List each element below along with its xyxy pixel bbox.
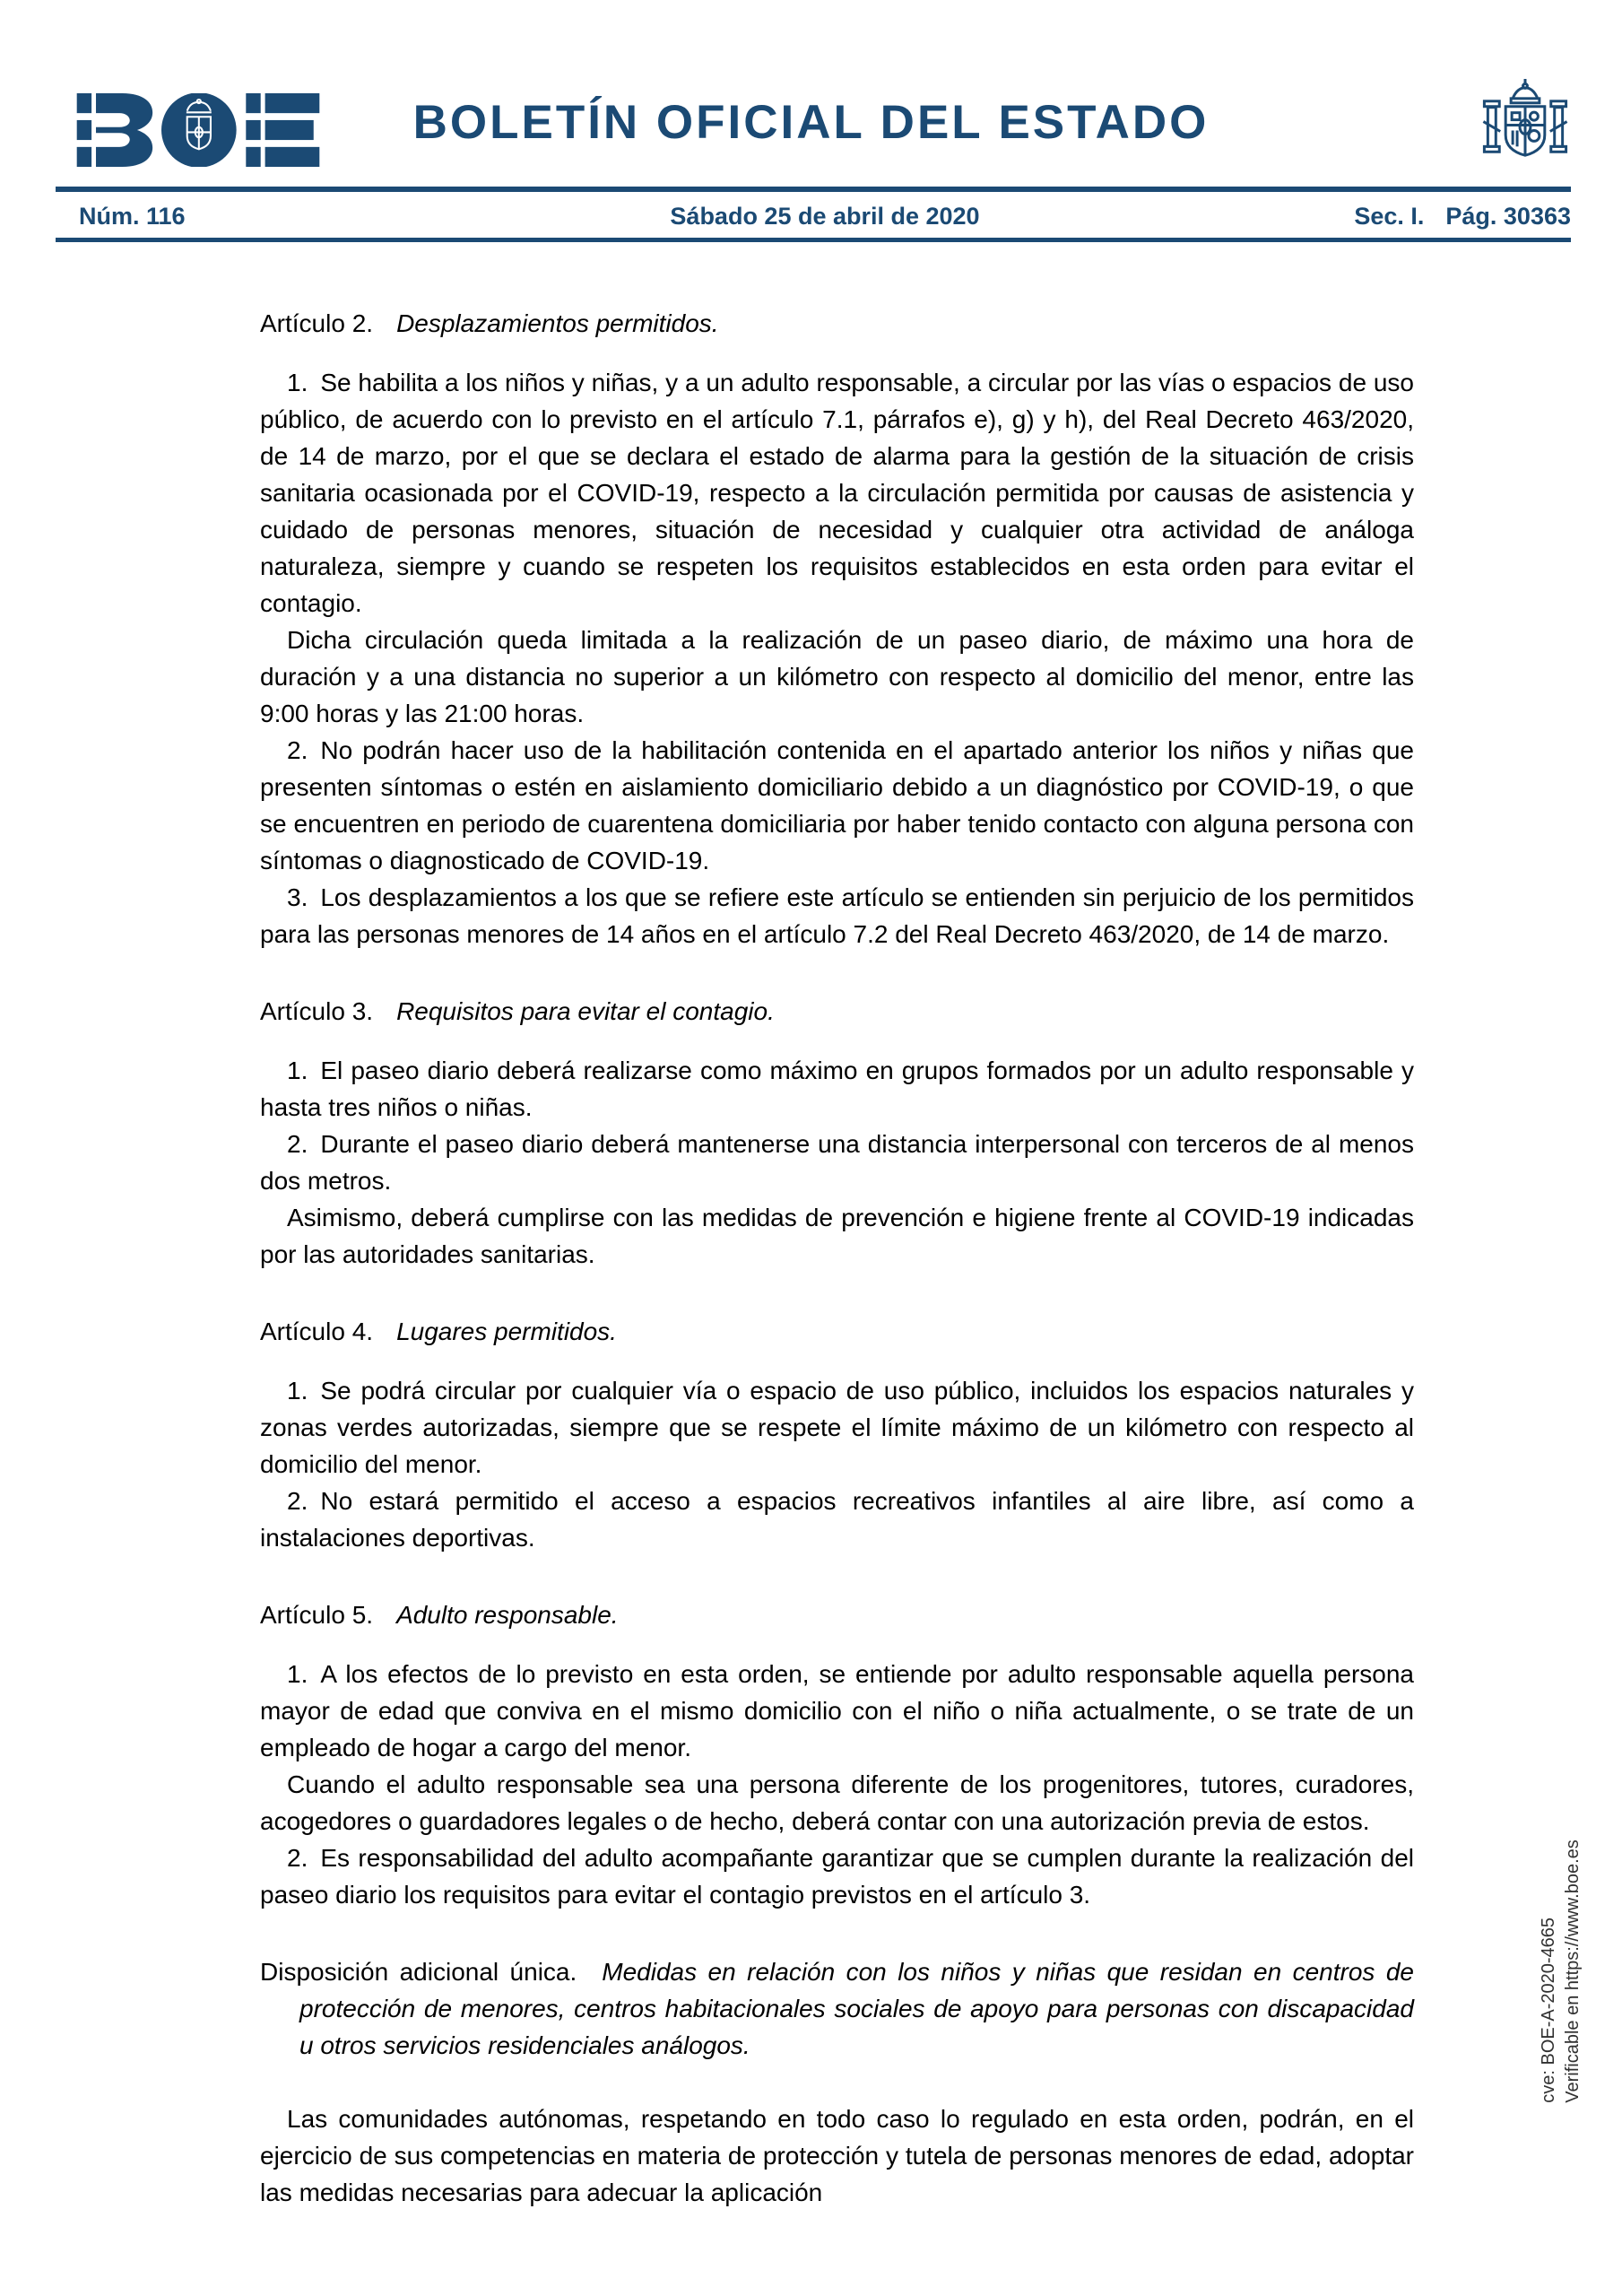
paragraph: 2. Es responsabilidad del adulto acompañ… [260, 1839, 1414, 1913]
article-label: Artículo 3. [260, 997, 373, 1025]
page-number: Pág. 30363 [1445, 203, 1571, 230]
paragraph: 2. No podrán hacer uso de la habilitació… [260, 732, 1414, 879]
article-title: Lugares permitidos. [396, 1318, 617, 1345]
paragraph: 1. Se podrá circular por cualquier vía o… [260, 1372, 1414, 1483]
article-label: Artículo 5. [260, 1601, 373, 1629]
header-rule-top [56, 187, 1571, 192]
paragraph: Dicha circulación queda limitada a la re… [260, 622, 1414, 732]
verify-url: Verificable en https://www.boe.es [1561, 1839, 1585, 2103]
article-title: Adulto responsable. [396, 1601, 619, 1629]
header-rule-bottom [56, 238, 1571, 242]
article-4-heading: Artículo 4.Lugares permitidos. [260, 1313, 1414, 1350]
paragraph: Asimismo, deberá cumplirse con las medid… [260, 1199, 1414, 1273]
paragraph: Las comunidades autónomas, respetando en… [260, 2100, 1414, 2211]
paragraph: 2. No estará permitido el acceso a espac… [260, 1483, 1414, 1556]
cve-code: cve: BOE-A-2020-4665 [1537, 1839, 1561, 2103]
paragraph: 1. A los efectos de lo previsto en esta … [260, 1656, 1414, 1766]
disposition-label: Disposición adicional única. [260, 1958, 577, 1986]
article-title: Requisitos para evitar el contagio. [396, 997, 775, 1025]
masthead-title: BOLETÍN OFICIAL DEL ESTADO [0, 95, 1622, 150]
document-body: Artículo 2.Desplazamientos permitidos. 1… [260, 305, 1414, 2211]
additional-disposition-heading: Disposición adicional única.Medidas en r… [260, 1953, 1414, 2064]
article-label: Artículo 4. [260, 1318, 373, 1345]
article-5-heading: Artículo 5.Adulto responsable. [260, 1596, 1414, 1633]
article-3-heading: Artículo 3.Requisitos para evitar el con… [260, 993, 1414, 1030]
paragraph: 2. Durante el paseo diario deberá manten… [260, 1126, 1414, 1199]
boe-document-page: BOLETÍN OFICIAL DEL ESTADO [0, 0, 1622, 2296]
article-title: Desplazamientos permitidos. [396, 309, 719, 337]
section-page: Sec. I.Pág. 30363 [1354, 203, 1571, 230]
issue-date: Sábado 25 de abril de 2020 [670, 203, 979, 230]
article-label: Artículo 2. [260, 309, 373, 337]
spain-coat-of-arms-icon [1470, 79, 1580, 181]
section-label: Sec. I. [1354, 203, 1424, 230]
cve-sidebar: cve: BOE-A-2020-4665 Verificable en http… [1537, 1839, 1585, 2103]
issue-number: Núm. 116 [79, 203, 186, 230]
paragraph: Cuando el adulto responsable sea una per… [260, 1766, 1414, 1839]
paragraph: 1. Se habilita a los niños y niñas, y a … [260, 364, 1414, 622]
paragraph: 3. Los desplazamientos a los que se refi… [260, 879, 1414, 952]
paragraph: 1. El paseo diario deberá realizarse com… [260, 1052, 1414, 1126]
article-2-heading: Artículo 2.Desplazamientos permitidos. [260, 305, 1414, 342]
